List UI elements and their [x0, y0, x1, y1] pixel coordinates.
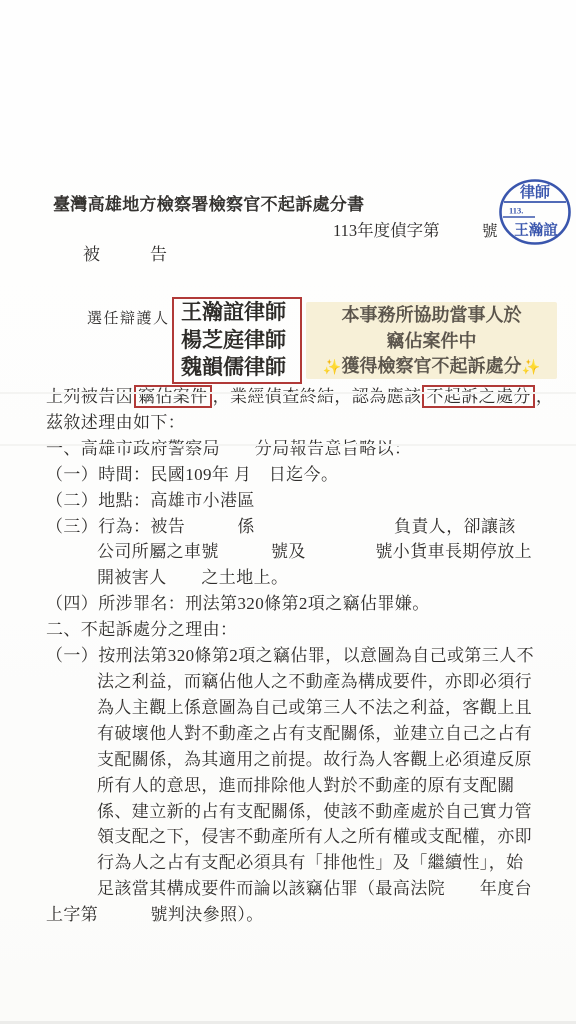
lawyer-name: 魏韻儒律師 — [174, 354, 300, 382]
body-line: 領支配之下，侵害不動產所有人之所有權或支配權，亦即 — [0, 824, 576, 850]
body-line: 支配關係，為其適用之前提。故行為人客觀上必須違反原 — [0, 747, 576, 773]
promo-overlay: 本事務所協助當事人於 竊佔案件中 ✨獲得檢察官不起訴處分✨ — [306, 302, 557, 379]
document-title: 臺灣高雄地方檢察署檢察官不起訴處分書 — [53, 190, 364, 215]
body-line: 為人主觀上係意圖為自己或第三人不法之利益，客觀上且 — [0, 695, 576, 721]
lawyer-name: 王瀚誼律師 — [174, 299, 300, 327]
defense-counsel-label: 選任辯護人 — [87, 307, 170, 328]
promo-line-3: ✨獲得檢察官不起訴處分✨ — [306, 354, 557, 381]
body-line: 法之利益，而竊佔他人之不動產為構成要件，亦即必須行 — [0, 669, 576, 695]
promo-line-2: 竊佔案件中 — [306, 329, 557, 355]
body-line: （二）地點：高雄市小港區 — [0, 488, 576, 514]
promo-line-1: 本事務所協助當事人於 — [306, 303, 557, 329]
stamp-text-bottom: 王瀚誼 — [514, 221, 558, 239]
highlight-box-theft-case: 竊佔案件 — [134, 385, 212, 408]
body-line: 有破壞他人對不動產之占有支配關係，並建立自己之占有 — [0, 721, 576, 747]
stamp-text-top: 律師 — [519, 183, 550, 201]
body-line: 茲敘述理由如下： — [0, 410, 576, 436]
body-line: （一）時間：民國109年 月 日迄今。 — [0, 462, 576, 488]
case-number: 113年度偵字第 — [333, 217, 440, 241]
stamp-text-middle: 113. — [509, 206, 523, 216]
body-line: 所有人的意思，進而排除他人對於不動產的原有支配關 — [0, 773, 576, 799]
body-line: （一）按刑法第320條第2項之竊佔罪，以意圖為自己或第三人不 — [0, 643, 576, 669]
defendant-label: 告 — [150, 240, 167, 265]
paper-streak — [0, 444, 576, 446]
body-line: 行為人之占有支配必須具有「排他性」及「繼續性」，始 — [0, 850, 576, 876]
body-intro-line: 上列被告因竊佔案件，業經偵查終結，認為應該不起訴之處分， — [0, 384, 576, 410]
body-line: （三）行為：被告 係 負責人，卻讓該 — [0, 514, 576, 540]
body-line: 公司所屬之車號 號及 號小貨車長期停放上 — [0, 539, 576, 565]
sparkle-icon: ✨ — [323, 359, 342, 376]
body-line: （四）所涉罪名：刑法第320條第2項之竊佔罪嫌。 — [0, 591, 576, 617]
body-line: 係、建立新的占有支配關係，使該不動產處於自己實力管 — [0, 799, 576, 825]
lawyer-stamp-seal-icon: 律師 113. 王瀚誼 — [496, 177, 576, 251]
body-line: 開被害人 之土地上。 — [0, 565, 576, 591]
intro-text: 上列被告因 — [46, 387, 133, 406]
promo-line-3-text: 獲得檢察官不起訴處分 — [342, 356, 522, 376]
document-page: 臺灣高雄地方檢察署檢察官不起訴處分書 113年度偵字第 號 律師 113. 王瀚… — [0, 0, 576, 1024]
intro-text: ，業經偵查終結，認為應該 — [213, 387, 422, 406]
intro-text: ， — [536, 387, 553, 406]
body-line: 上字第 號判決參照）。 — [0, 902, 576, 928]
body-line: 足該當其構成要件而論以該竊佔罪（最高法院 年度台 — [0, 876, 576, 902]
document-body: 上列被告因竊佔案件，業經偵查終結，認為應該不起訴之處分， 茲敘述理由如下： 一、… — [0, 384, 576, 928]
lawyer-name: 楊芝庭律師 — [174, 327, 300, 355]
sparkle-icon: ✨ — [522, 359, 541, 376]
body-line: 二、不起訴處分之理由： — [0, 617, 576, 643]
highlight-box-non-prosecution: 不起訴之處分 — [422, 385, 534, 408]
paper-streak — [0, 392, 576, 394]
defense-counsel-highlight-box: 王瀚誼律師 楊芝庭律師 魏韻儒律師 — [172, 297, 302, 384]
body-line: 一、高雄市政府警察局 分局報告意旨略以： — [0, 436, 576, 462]
defendant-label: 被 — [83, 240, 100, 265]
